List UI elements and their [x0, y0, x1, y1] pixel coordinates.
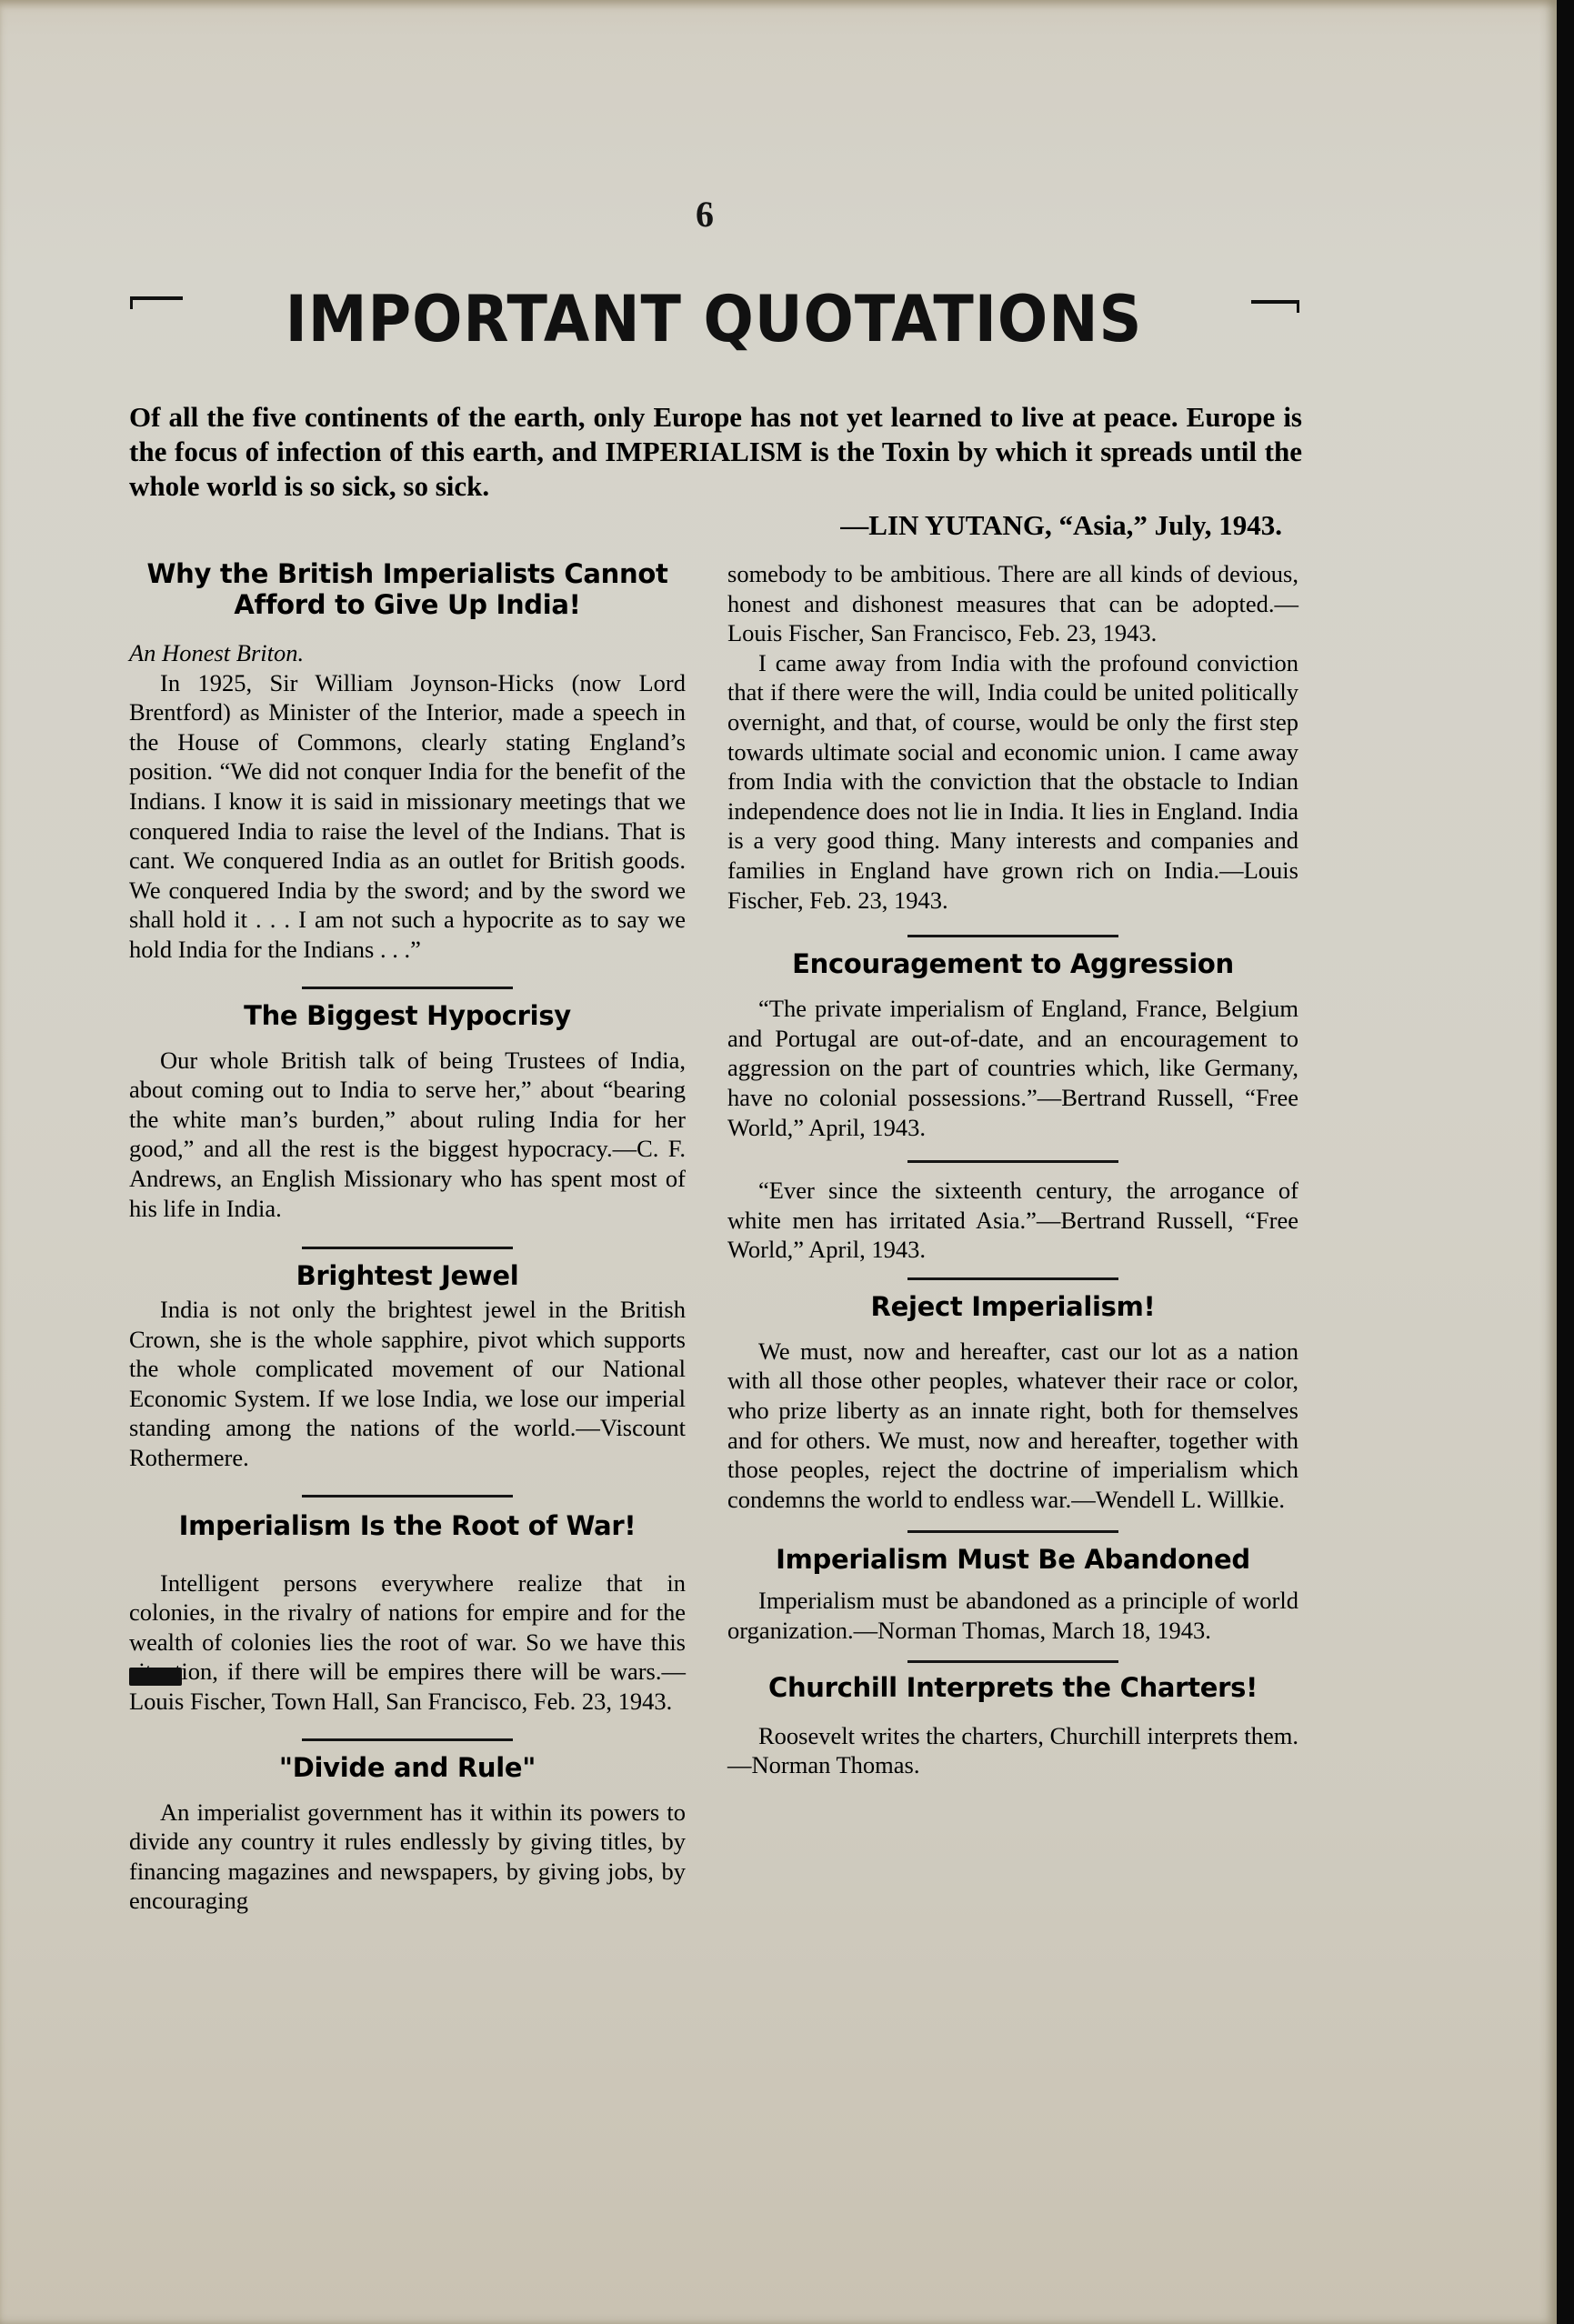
section-heading: Brightest Jewel: [129, 1260, 686, 1291]
section-divide-and-rule: "Divide and Rule" An imperialist governm…: [129, 1752, 686, 1916]
section-heading: Imperialism Must Be Abandoned: [727, 1544, 1298, 1575]
corner-mark-left-tick: [130, 296, 133, 309]
intro-attribution: —LIN YUTANG, “Asia,” July, 1943.: [709, 509, 1282, 542]
section-body: Roosevelt writes the charters, Churchill…: [727, 1721, 1298, 1780]
left-column: Why the British Imperialists Cannot Affo…: [129, 556, 686, 1916]
section-heading: Imperialism Is the Root of War!: [129, 1510, 686, 1541]
page-title: IMPORTANT QUOTATIONS: [202, 282, 1225, 356]
divider: [302, 1738, 513, 1741]
divider: [907, 1530, 1118, 1533]
divider: [907, 935, 1118, 937]
continuation-paragraph: somebody to be ambitious. There are all …: [727, 559, 1298, 648]
section-heading: Why the British Imperialists Cannot Affo…: [129, 558, 686, 620]
section-encouragement-to-aggression: Encouragement to Aggression “The private…: [727, 948, 1298, 1142]
section-body: Intelligent persons everywhere realize t…: [129, 1568, 686, 1717]
section-body: In 1925, Sir William Joynson-Hicks (now …: [129, 668, 686, 965]
ink-blot: [129, 1668, 182, 1686]
section-heading: Churchill Interprets the Charters!: [727, 1672, 1298, 1703]
divider: [302, 987, 513, 989]
corner-mark-left: [130, 296, 183, 300]
continuation-paragraph: I came away from India with the profound…: [727, 648, 1298, 915]
section-body: Imperialism must be abandoned as a princ…: [727, 1586, 1298, 1645]
section-churchill-interprets: Churchill Interprets the Charters! Roose…: [727, 1672, 1298, 1780]
section-body: India is not only the brightest jewel in…: [129, 1295, 686, 1473]
divider: [907, 1160, 1118, 1163]
divider: [907, 1660, 1118, 1663]
section-brightest-jewel: Brightest Jewel India is not only the br…: [129, 1260, 686, 1473]
section-subheading: An Honest Briton.: [129, 638, 686, 668]
section-heading: The Biggest Hypocrisy: [129, 1000, 686, 1031]
section-heading: "Divide and Rule": [129, 1752, 686, 1783]
divider: [302, 1247, 513, 1249]
section-reject-imperialism: Reject Imperialism! We must, now and her…: [727, 1291, 1298, 1515]
section-body: Our whole British talk of being Trustees…: [129, 1046, 686, 1224]
section-body: “Ever since the sixteenth century, the a…: [727, 1176, 1298, 1265]
page-number: 6: [687, 193, 723, 235]
section-biggest-hypocrisy: The Biggest Hypocrisy Our whole British …: [129, 1000, 686, 1224]
heading-line-2: Afford to Give Up India!: [234, 589, 580, 620]
section-body: We must, now and hereafter, cast our lot…: [727, 1337, 1298, 1515]
document-page: 6 IMPORTANT QUOTATIONS Of all the five c…: [0, 0, 1557, 2324]
corner-mark-right: [1251, 300, 1298, 304]
intro-quote: Of all the five continents of the earth,…: [129, 400, 1302, 504]
heading-line-1: Why the British Imperialists Cannot: [146, 558, 667, 589]
section-heading: Encouragement to Aggression: [727, 948, 1298, 979]
right-column: somebody to be ambitious. There are all …: [727, 559, 1298, 1780]
corner-mark-right-tick: [1297, 300, 1299, 313]
divider: [302, 1495, 513, 1498]
section-heading: Reject Imperialism!: [727, 1291, 1298, 1322]
section-imperialism-must-be-abandoned: Imperialism Must Be Abandoned Imperialis…: [727, 1544, 1298, 1645]
section-root-of-war: Imperialism Is the Root of War! Intellig…: [129, 1510, 686, 1717]
section-arrogance-of-white-men: “Ever since the sixteenth century, the a…: [727, 1176, 1298, 1265]
divider: [907, 1277, 1118, 1280]
section-why-british-imperialists: Why the British Imperialists Cannot Affo…: [129, 558, 686, 965]
section-body: An imperialist government has it within …: [129, 1798, 686, 1916]
section-body: “The private imperialism of England, Fra…: [727, 994, 1298, 1142]
